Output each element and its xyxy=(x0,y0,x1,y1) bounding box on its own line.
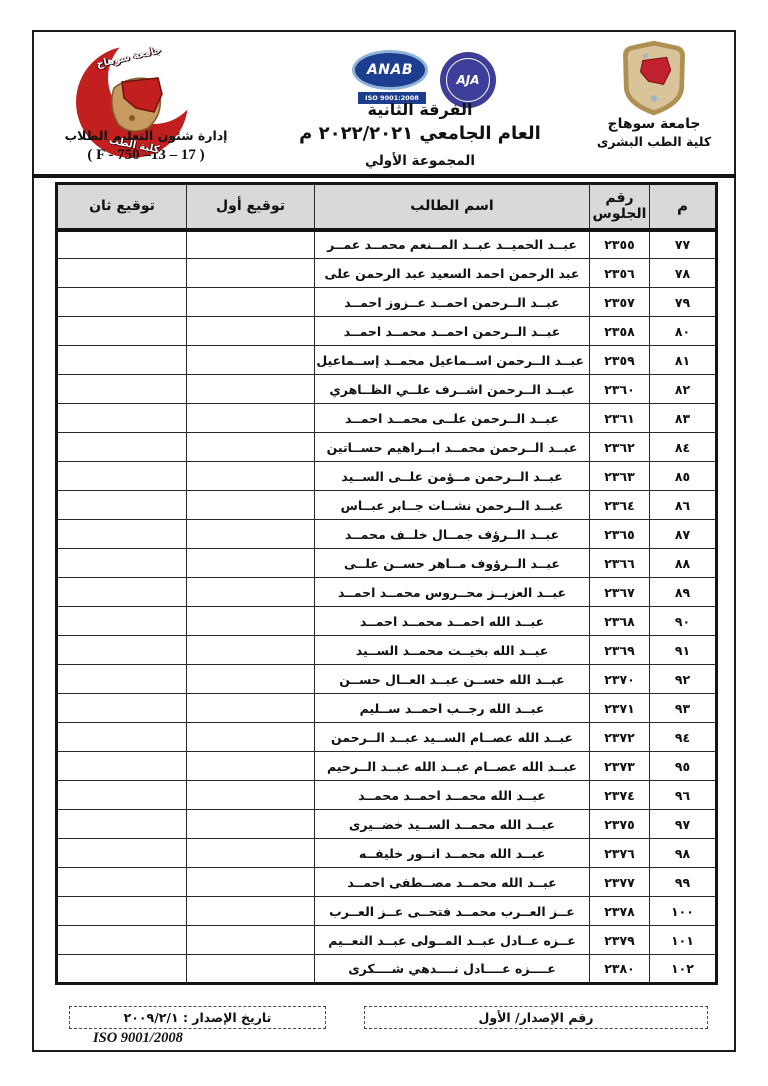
table-row: ١٠٢٢٣٨٠عــــزه عــــادل نــــدهي شــــكر… xyxy=(57,955,717,984)
col-header-seat: رقم الجلوس xyxy=(590,184,650,230)
second-signature-cell xyxy=(57,520,187,549)
first-signature-cell xyxy=(187,288,315,317)
second-signature-cell xyxy=(57,404,187,433)
table-row: ٨٨٢٣٦٦عبــد الــرؤوف مــاهر حســن علــى xyxy=(57,549,717,578)
second-signature-cell xyxy=(57,810,187,839)
student-name-cell: عبــد الله عصــام عبــد الله عبــد الــر… xyxy=(315,752,590,781)
first-signature-cell xyxy=(187,723,315,752)
row-number-cell: ١٠١ xyxy=(650,926,717,955)
second-signature-cell xyxy=(57,433,187,462)
table-row: ٧٧٢٣٥٥عبــد الحميــد عبــد المــنعم محمـ… xyxy=(57,230,717,259)
first-signature-cell xyxy=(187,781,315,810)
second-signature-cell xyxy=(57,346,187,375)
second-signature-cell xyxy=(57,955,187,984)
student-name-cell: عبــد الــرحمن علــى محمــد احمــد xyxy=(315,404,590,433)
student-name-cell: عبد الرحمن احمد السعيد عبد الرحمن على xyxy=(315,259,590,288)
first-signature-cell xyxy=(187,462,315,491)
table-row: ٩٢٢٣٧٠عبــد الله حســن عبــد العــال حسـ… xyxy=(57,665,717,694)
table-row: ٨١٢٣٥٩عبــد الــرحمن اســماعيل محمــد إس… xyxy=(57,346,717,375)
issue-date-box: تاريخ الإصدار : ٢٠٠٩/٢/١ xyxy=(69,1006,326,1029)
student-name-cell: عبــد الــرؤوف مــاهر حســن علــى xyxy=(315,549,590,578)
first-signature-cell xyxy=(187,578,315,607)
student-name-cell: عــــزه عــــادل نــــدهي شــــكرى xyxy=(315,955,590,984)
second-signature-cell xyxy=(57,230,187,259)
seat-number-cell: ٢٣٦٧ xyxy=(590,578,650,607)
row-number-cell: ٩٢ xyxy=(650,665,717,694)
seat-number-cell: ٢٣٥٨ xyxy=(590,317,650,346)
row-number-cell: ١٠٠ xyxy=(650,897,717,926)
student-name-cell: عبــد الله محمــد انــور خليفــه xyxy=(315,839,590,868)
table-row: ٨٧٢٣٦٥عبــد الــرؤف جمــال خلــف محمــد xyxy=(57,520,717,549)
student-name-cell: عبــد الــرحمن احمــد محمــد احمــد xyxy=(315,317,590,346)
group-title: المجموعة الأولي xyxy=(270,153,570,169)
table-row: ٨٦٢٣٦٤عبــد الــرحمن نشــات جــابر عبــا… xyxy=(57,491,717,520)
first-signature-cell xyxy=(187,230,315,259)
second-signature-cell xyxy=(57,636,187,665)
first-signature-cell xyxy=(187,317,315,346)
seat-number-cell: ٢٣٦٩ xyxy=(590,636,650,665)
student-name-cell: عبــد الــرحمن مــؤمن علــى الســيد xyxy=(315,462,590,491)
second-signature-cell xyxy=(57,549,187,578)
first-signature-cell xyxy=(187,375,315,404)
student-name-cell: عبــد الحميــد عبــد المــنعم محمــد عمـ… xyxy=(315,230,590,259)
issue-number-box: رقم الإصدار/ الأول xyxy=(364,1006,708,1029)
second-signature-cell xyxy=(57,317,187,346)
second-signature-cell xyxy=(57,578,187,607)
seat-number-cell: ٢٣٧٢ xyxy=(590,723,650,752)
table-row: ١٠٠٢٣٧٨عــز العــرب محمــد فتحــى عــز ا… xyxy=(57,897,717,926)
col-header-name: اسم الطالب xyxy=(315,184,590,230)
second-signature-cell xyxy=(57,781,187,810)
row-number-cell: ٩٣ xyxy=(650,694,717,723)
row-number-cell: ٧٨ xyxy=(650,259,717,288)
student-name-cell: عــز العــرب محمــد فتحــى عــز العــرب xyxy=(315,897,590,926)
first-signature-cell xyxy=(187,404,315,433)
row-number-cell: ٨٩ xyxy=(650,578,717,607)
row-number-cell: ٨١ xyxy=(650,346,717,375)
second-signature-cell xyxy=(57,259,187,288)
first-signature-cell xyxy=(187,752,315,781)
seat-number-cell: ٢٣٧٠ xyxy=(590,665,650,694)
student-table-body: ٧٧٢٣٥٥عبــد الحميــد عبــد المــنعم محمـ… xyxy=(57,230,717,984)
table-row: ٨٤٢٣٦٢عبــد الــرحمن محمــد ابــراهيم حس… xyxy=(57,433,717,462)
row-number-cell: ٩٨ xyxy=(650,839,717,868)
second-signature-cell xyxy=(57,694,187,723)
seat-number-cell: ٢٣٦٥ xyxy=(590,520,650,549)
seat-number-cell: ٢٣٦٤ xyxy=(590,491,650,520)
first-signature-cell xyxy=(187,694,315,723)
student-name-cell: عبــد الله احمــد محمــد احمــد xyxy=(315,607,590,636)
student-table: م رقم الجلوس اسم الطالب توقيع أول توقيع … xyxy=(55,182,718,985)
second-signature-cell xyxy=(57,752,187,781)
student-name-cell: عبــد الــرحمن اشــرف علــي الظــاهري xyxy=(315,375,590,404)
first-signature-cell xyxy=(187,346,315,375)
row-number-cell: ٩٠ xyxy=(650,607,717,636)
row-number-cell: ٨٦ xyxy=(650,491,717,520)
table-row: ٩٣٢٣٧١عبــد الله رجــب احمــد ســليم xyxy=(57,694,717,723)
sohag-university-shield-logo xyxy=(612,40,696,116)
table-row: ٩١٢٣٦٩عبــد الله بخيــت محمــد الســيد xyxy=(57,636,717,665)
second-signature-cell xyxy=(57,926,187,955)
student-name-cell: عبــد الله بخيــت محمــد الســيد xyxy=(315,636,590,665)
table-row: ٧٩٢٣٥٧عبــد الــرحمن احمــد عــزوز احمــ… xyxy=(57,288,717,317)
first-signature-cell xyxy=(187,433,315,462)
seat-number-cell: ٢٣٦٢ xyxy=(590,433,650,462)
student-name-cell: عبــد الله عصــام الســيد عبــد الــرحمن xyxy=(315,723,590,752)
second-signature-cell xyxy=(57,723,187,752)
row-number-cell: ٨٠ xyxy=(650,317,717,346)
student-name-cell: عبــد الله رجــب احمــد ســليم xyxy=(315,694,590,723)
table-row: ٨٩٢٣٦٧عبــد العزيــز محــروس محمــد احمـ… xyxy=(57,578,717,607)
seat-number-cell: ٢٣٥٩ xyxy=(590,346,650,375)
table-row: ٩٤٢٣٧٢عبــد الله عصــام الســيد عبــد ال… xyxy=(57,723,717,752)
second-signature-cell xyxy=(57,288,187,317)
pharaoh-map-emblem-icon xyxy=(102,68,172,143)
first-signature-cell xyxy=(187,665,315,694)
table-header-row: م رقم الجلوس اسم الطالب توقيع أول توقيع … xyxy=(57,184,717,230)
col-header-second-signature: توقيع ثان xyxy=(57,184,187,230)
university-name: جامعة سوهاج xyxy=(596,115,712,133)
first-signature-cell xyxy=(187,955,315,984)
row-number-cell: ٩٧ xyxy=(650,810,717,839)
first-signature-cell xyxy=(187,259,315,288)
student-name-cell: عــزه عــادل عبــد المــولى عبــد النعــ… xyxy=(315,926,590,955)
first-signature-cell xyxy=(187,868,315,897)
seat-number-cell: ٢٣٦٠ xyxy=(590,375,650,404)
row-number-cell: ١٠٢ xyxy=(650,955,717,984)
first-signature-cell xyxy=(187,897,315,926)
first-signature-cell xyxy=(187,520,315,549)
table-row: ٩٠٢٣٦٨عبــد الله احمــد محمــد احمــد xyxy=(57,607,717,636)
student-name-cell: عبــد الله محمــد احمــد محمــد xyxy=(315,781,590,810)
seat-number-cell: ٢٣٥٦ xyxy=(590,259,650,288)
seat-number-cell: ٢٣٧٣ xyxy=(590,752,650,781)
row-number-cell: ٨٤ xyxy=(650,433,717,462)
second-signature-cell xyxy=(57,462,187,491)
anab-oval-badge: ANAB xyxy=(352,50,428,90)
seat-number-cell: ٢٣٧٨ xyxy=(590,897,650,926)
col-header-number: م xyxy=(650,184,717,230)
table-row: ٩٩٢٣٧٧عبــد الله محمــد مصــطفى احمــد xyxy=(57,868,717,897)
first-signature-cell xyxy=(187,549,315,578)
row-number-cell: ٨٨ xyxy=(650,549,717,578)
col-header-first-signature: توقيع أول xyxy=(187,184,315,230)
second-signature-cell xyxy=(57,665,187,694)
student-name-cell: عبــد الــرحمن نشــات جــابر عبــاس xyxy=(315,491,590,520)
table-row: ٨٥٢٣٦٣عبــد الــرحمن مــؤمن علــى الســي… xyxy=(57,462,717,491)
table-row: ٩٨٢٣٧٦عبــد الله محمــد انــور خليفــه xyxy=(57,839,717,868)
seat-number-cell: ٢٣٨٠ xyxy=(590,955,650,984)
iso-certification-note: ISO 9001/2008 xyxy=(93,1030,183,1047)
seat-number-cell: ٢٣٦١ xyxy=(590,404,650,433)
seat-number-cell: ٢٣٧٦ xyxy=(590,839,650,868)
student-name-cell: عبــد الــرحمن اســماعيل محمــد إســماعي… xyxy=(315,346,590,375)
first-signature-cell xyxy=(187,810,315,839)
student-name-cell: عبــد الله محمــد الســيد خضــيرى xyxy=(315,810,590,839)
seat-number-cell: ٢٣٥٧ xyxy=(590,288,650,317)
row-number-cell: ٧٧ xyxy=(650,230,717,259)
seat-number-cell: ٢٣٥٥ xyxy=(590,230,650,259)
table-row: ٩٦٢٣٧٤عبــد الله محمــد احمــد محمــد xyxy=(57,781,717,810)
first-signature-cell xyxy=(187,636,315,665)
first-signature-cell xyxy=(187,607,315,636)
row-number-cell: ٨٥ xyxy=(650,462,717,491)
student-name-cell: عبــد الــرحمن محمــد ابــراهيم حســاتين xyxy=(315,433,590,462)
student-name-cell: عبــد الله محمــد مصــطفى احمــد xyxy=(315,868,590,897)
first-signature-cell xyxy=(187,839,315,868)
seat-number-cell: ٢٣٧٥ xyxy=(590,810,650,839)
student-name-cell: عبــد العزيــز محــروس محمــد احمــد xyxy=(315,578,590,607)
second-signature-cell xyxy=(57,607,187,636)
table-row: ٨٣٢٣٦١عبــد الــرحمن علــى محمــد احمــد xyxy=(57,404,717,433)
faculty-name: كلية الطب البشرى xyxy=(596,133,712,150)
table-row: ٩٥٢٣٧٣عبــد الله عصــام عبــد الله عبــد… xyxy=(57,752,717,781)
table-row: ٨٠٢٣٥٨عبــد الــرحمن احمــد محمــد احمــ… xyxy=(57,317,717,346)
grade-title: الفرقة الثانية xyxy=(270,100,570,119)
first-signature-cell xyxy=(187,926,315,955)
row-number-cell: ٨٢ xyxy=(650,375,717,404)
row-number-cell: ٩٤ xyxy=(650,723,717,752)
table-row: ٧٨٢٣٥٦عبد الرحمن احمد السعيد عبد الرحمن … xyxy=(57,259,717,288)
first-signature-cell xyxy=(187,491,315,520)
organization-name: جامعة سوهاج كلية الطب البشرى xyxy=(596,115,712,150)
student-name-cell: عبــد الــرؤف جمــال خلــف محمــد xyxy=(315,520,590,549)
seat-number-cell: ٢٣٦٨ xyxy=(590,607,650,636)
row-number-cell: ٩١ xyxy=(650,636,717,665)
second-signature-cell xyxy=(57,491,187,520)
header-separator-rule xyxy=(32,174,736,178)
second-signature-cell xyxy=(57,375,187,404)
seat-number-cell: ٢٣٧٧ xyxy=(590,868,650,897)
row-number-cell: ٧٩ xyxy=(650,288,717,317)
table-row: ١٠١٢٣٧٩عــزه عــادل عبــد المــولى عبــد… xyxy=(57,926,717,955)
seat-number-cell: ٢٣٧٩ xyxy=(590,926,650,955)
row-number-cell: ٩٦ xyxy=(650,781,717,810)
seat-number-cell: ٢٣٦٦ xyxy=(590,549,650,578)
student-name-cell: عبــد الله حســن عبــد العــال حســن xyxy=(315,665,590,694)
table-row: ٨٢٢٣٦٠عبــد الــرحمن اشــرف علــي الظــا… xyxy=(57,375,717,404)
row-number-cell: ٩٥ xyxy=(650,752,717,781)
seat-number-cell: ٢٣٧٤ xyxy=(590,781,650,810)
row-number-cell: ٩٩ xyxy=(650,868,717,897)
row-number-cell: ٨٧ xyxy=(650,520,717,549)
seat-number-cell: ٢٣٦٣ xyxy=(590,462,650,491)
second-signature-cell xyxy=(57,897,187,926)
second-signature-cell xyxy=(57,868,187,897)
row-number-cell: ٨٣ xyxy=(650,404,717,433)
table-row: ٩٧٢٣٧٥عبــد الله محمــد الســيد خضــيرى xyxy=(57,810,717,839)
academic-year-title: العام الجامعي ٢٠٢٢/٢٠٢١ م xyxy=(250,123,590,144)
student-name-cell: عبــد الــرحمن احمــد عــزوز احمــد xyxy=(315,288,590,317)
second-signature-cell xyxy=(57,839,187,868)
seat-number-cell: ٢٣٧١ xyxy=(590,694,650,723)
